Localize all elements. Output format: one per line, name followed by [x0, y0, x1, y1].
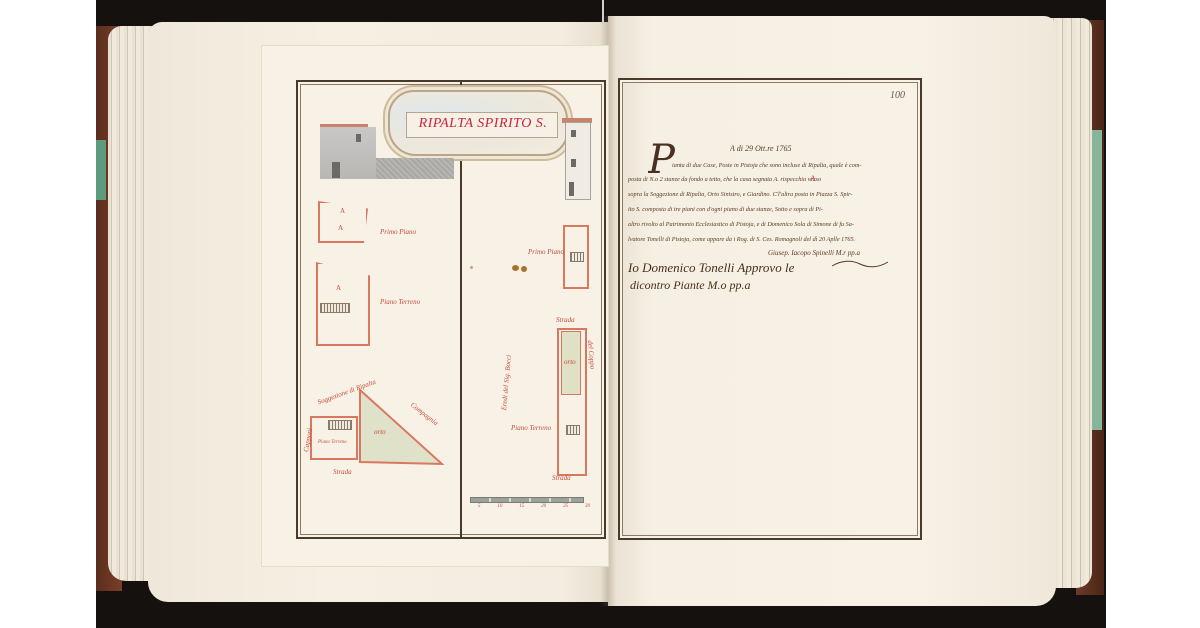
body-line: ito S. composta di tre piani con d'ogni …: [628, 206, 908, 214]
left-elevation-wall: [376, 158, 454, 179]
stair-symbol: [320, 303, 350, 313]
stair-symbol: [570, 252, 584, 262]
right-top-street-label: Strada: [556, 316, 575, 324]
body-line: lvatore Tonelli di Pistoja, come appare …: [628, 236, 908, 244]
body-line: altro rivolto al Patrimonio Ecclesiastic…: [628, 221, 908, 229]
page-number: 100: [890, 90, 905, 101]
right-elevation-door: [569, 182, 574, 196]
upper-floor-plan-label: Primo Piano: [380, 228, 416, 236]
plan-letter: A: [338, 224, 343, 232]
scale-bar: [470, 497, 584, 503]
scale-label: 20: [541, 504, 546, 512]
scale-bar-labels: 5 10 15 20 25 30: [478, 504, 590, 512]
site-court-label: orto: [374, 428, 386, 436]
scale-label: 5: [478, 504, 481, 512]
right-bottom-street-label: Strada: [552, 474, 571, 482]
paper-stain: [512, 265, 519, 271]
approval-line: dicontro Piante M.o pp.a: [630, 278, 751, 293]
body-line: sopra la Soggezione di Ripalta, Orto Sin…: [628, 191, 908, 199]
right-elevation-window: [571, 130, 576, 137]
drop-cap: P: [648, 140, 675, 180]
book-cover-lining-left: [96, 140, 106, 200]
highlight-letter: A: [810, 174, 816, 183]
stair-symbol: [328, 420, 352, 430]
right-upper-floor-label: Primo Piano: [528, 248, 564, 256]
approval-line: Io Domenico Tonelli Approvo le: [628, 260, 794, 276]
left-elevation-window: [356, 134, 361, 142]
paper-stain: [470, 266, 473, 269]
signature-flourish: [830, 258, 890, 270]
right-lower-floor-label: Piano Terreno: [511, 424, 551, 432]
ground-floor-plan-label: Piano Terreno: [380, 298, 420, 306]
scale-label: 15: [519, 504, 524, 512]
scale-label: 30: [585, 504, 590, 512]
site-street-label: Strada: [333, 468, 352, 476]
signature-line: Giusep. Iacopo Spinelli M.r pp.a: [768, 249, 860, 257]
date-line: A di 29 Ott.re 1765: [730, 144, 792, 153]
right-elevation-window: [571, 159, 576, 167]
paper-stain: [521, 266, 527, 272]
left-building-elevation: [320, 127, 376, 179]
site-ground-room-label: Piano Terreno: [318, 440, 347, 445]
title-cartouche-text: RIPALTA SPIRITO S.: [408, 112, 558, 136]
body-line: ianta di due Case, Poste in Pistoja che …: [672, 162, 908, 170]
plan-letter: A: [340, 207, 345, 215]
plan-letter: A: [336, 284, 341, 292]
stair-symbol: [566, 425, 580, 435]
body-line: posta di N.o 2 stanze da fondo a tetto, …: [628, 176, 908, 184]
scale-label: 25: [563, 504, 568, 512]
left-elevation-door: [332, 162, 340, 178]
scale-label: 10: [497, 504, 502, 512]
right-court-label: orto: [564, 358, 576, 366]
bookmark-ribbon: [602, 0, 604, 22]
site-plan-court: [358, 388, 444, 466]
